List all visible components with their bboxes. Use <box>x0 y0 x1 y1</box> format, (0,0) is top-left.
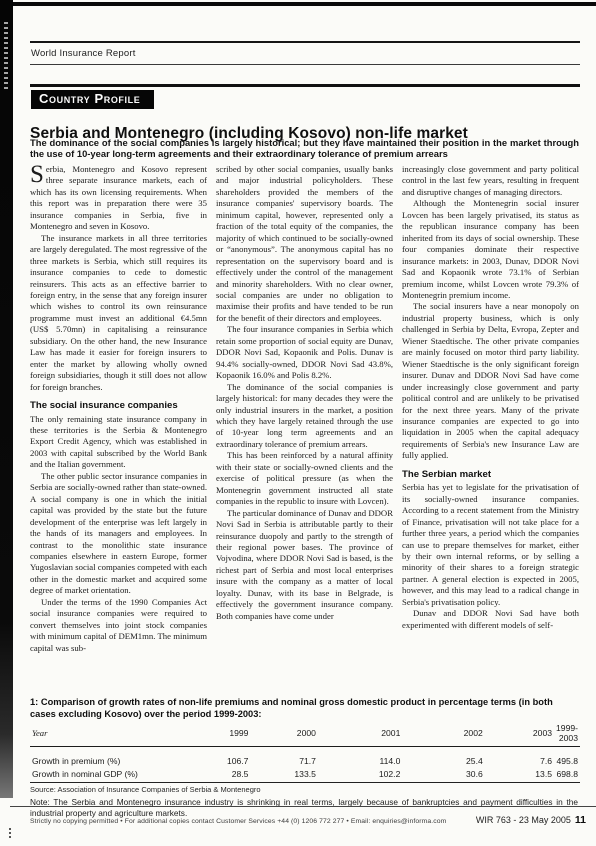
cell: 698.8 <box>554 767 580 783</box>
paragraph: The dominance of the social companies is… <box>216 382 393 451</box>
column-header-2000: 2000 <box>250 722 317 747</box>
cell: 114.0 <box>318 747 402 768</box>
table-row: Growth in premium (%) 106.7 71.7 114.0 2… <box>30 747 580 768</box>
body-column-1: Serbia, Montenegro and Kosovo represent … <box>30 164 207 695</box>
footer-rule <box>10 806 596 807</box>
column-header-1999: 1999 <box>187 722 251 747</box>
header-rule-top <box>30 41 580 43</box>
paragraph: scribed by other social companies, usual… <box>216 164 393 324</box>
cell: 106.7 <box>187 747 251 768</box>
paragraph: The social insurers have a near monopoly… <box>402 301 579 461</box>
paragraph: increasingly close government and party … <box>402 164 579 198</box>
table-header-row: Year 1999 2000 2001 2002 2003 1999-2003 <box>30 722 580 747</box>
table-title: 1: Comparison of growth rates of non-lif… <box>30 697 580 720</box>
table-row: Growth in nominal GDP (%) 28.5 133.5 102… <box>30 767 580 783</box>
paragraph: The four insurance companies in Serbia w… <box>216 324 393 381</box>
page-footer: Strictly no copying permitted • For addi… <box>30 814 586 826</box>
drop-cap: S <box>30 164 46 185</box>
page-number: 11 <box>575 814 586 826</box>
copyright-line: Strictly no copying permitted • For addi… <box>30 818 446 825</box>
growth-comparison-table-block: 1: Comparison of growth rates of non-lif… <box>30 697 580 818</box>
spine-text-marks <box>4 22 8 92</box>
column-header-year: Year <box>30 722 187 747</box>
cell: 30.6 <box>402 767 484 783</box>
article-standfirst: The dominance of the social companies is… <box>30 137 579 159</box>
report-page: World Insurance Report Country Profile S… <box>0 0 596 846</box>
scan-top-edge <box>8 2 596 6</box>
scan-artifact <box>9 828 11 838</box>
cell: 28.5 <box>187 767 251 783</box>
paragraph: The particular dominance of Dunav and DD… <box>216 508 393 623</box>
cell: 102.2 <box>318 767 402 783</box>
section-heading-serbian-market: The Serbian market <box>402 469 579 480</box>
body-column-2: scribed by other social companies, usual… <box>216 164 393 695</box>
article-body: Serbia, Montenegro and Kosovo represent … <box>30 164 579 695</box>
paragraph: Serbia has yet to legislate for the priv… <box>402 482 579 608</box>
column-header-2001: 2001 <box>318 722 402 747</box>
issue-label: WIR 763 - 23 May 2005 <box>476 815 571 825</box>
binding-spine <box>0 0 13 798</box>
column-header-1999-2003: 1999-2003 <box>554 722 580 747</box>
cell: 71.7 <box>250 747 317 768</box>
section-rule <box>30 84 580 87</box>
masthead-title: World Insurance Report <box>31 48 136 59</box>
table-source: Source: Association of Insurance Compani… <box>30 785 580 794</box>
paragraph: The other public sector insurance compan… <box>30 471 207 597</box>
column-header-2002: 2002 <box>402 722 484 747</box>
cell: 13.5 <box>485 767 554 783</box>
row-label: Growth in premium (%) <box>30 747 187 768</box>
issue-reference: WIR 763 - 23 May 200511 <box>476 814 586 826</box>
cell: 25.4 <box>402 747 484 768</box>
country-profile-kicker: Country Profile <box>31 90 154 109</box>
cell: 495.8 <box>554 747 580 768</box>
row-label: Growth in nominal GDP (%) <box>30 767 187 783</box>
paragraph: This has been reinforced by a natural af… <box>216 450 393 507</box>
paragraph: Although the Montenegrin social insurer … <box>402 198 579 301</box>
growth-comparison-table: Year 1999 2000 2001 2002 2003 1999-2003 … <box>30 722 580 783</box>
column-header-2003: 2003 <box>485 722 554 747</box>
cell: 133.5 <box>250 767 317 783</box>
paragraph: The only remaining state insurance compa… <box>30 414 207 471</box>
paragraph: Under the terms of the 1990 Companies Ac… <box>30 597 207 654</box>
section-heading-social-companies: The social insurance companies <box>30 400 207 411</box>
paragraph: Dunav and DDOR Novi Sad have both experi… <box>402 608 579 631</box>
cell: 7.6 <box>485 747 554 768</box>
paragraph: Serbia, Montenegro and Kosovo represent … <box>30 164 207 233</box>
body-column-3: increasingly close government and party … <box>402 164 579 695</box>
paragraph: The insurance markets in all three terri… <box>30 233 207 393</box>
header-rule-bottom <box>30 64 580 65</box>
